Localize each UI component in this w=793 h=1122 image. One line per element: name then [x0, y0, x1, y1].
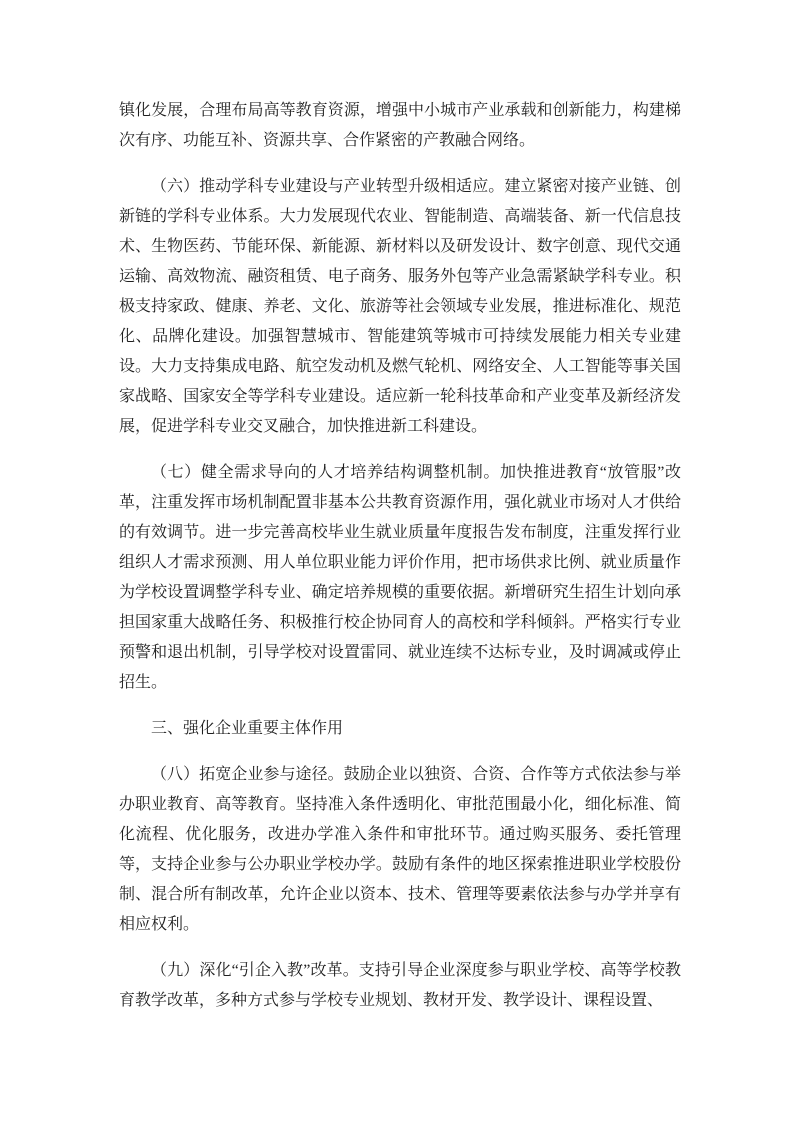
body-paragraph: 镇化发展，合理布局高等教育资源，增强中小城市产业承载和创新能力，构建梯次有序、功…	[119, 96, 681, 156]
section-heading: 三、强化企业重要主体作用	[119, 714, 681, 744]
body-paragraph: （七）健全需求导向的人才培养结构调整机制。加快推进教育“放管服”改革，注重发挥市…	[119, 458, 681, 698]
document-content: 镇化发展，合理布局高等教育资源，增强中小城市产业承载和创新能力，构建梯次有序、功…	[119, 96, 681, 1016]
body-paragraph: （六）推动学科专业建设与产业转型升级相适应。建立紧密对接产业链、创新链的学科专业…	[119, 172, 681, 442]
body-paragraph: （八）拓宽企业参与途径。鼓励企业以独资、合资、合作等方式依法参与举办职业教育、高…	[119, 760, 681, 940]
document-page: 镇化发展，合理布局高等教育资源，增强中小城市产业承载和创新能力，构建梯次有序、功…	[0, 0, 793, 1122]
body-paragraph: （九）深化“引企入教”改革。支持引导企业深度参与职业学校、高等学校教育教学改革，…	[119, 956, 681, 1016]
